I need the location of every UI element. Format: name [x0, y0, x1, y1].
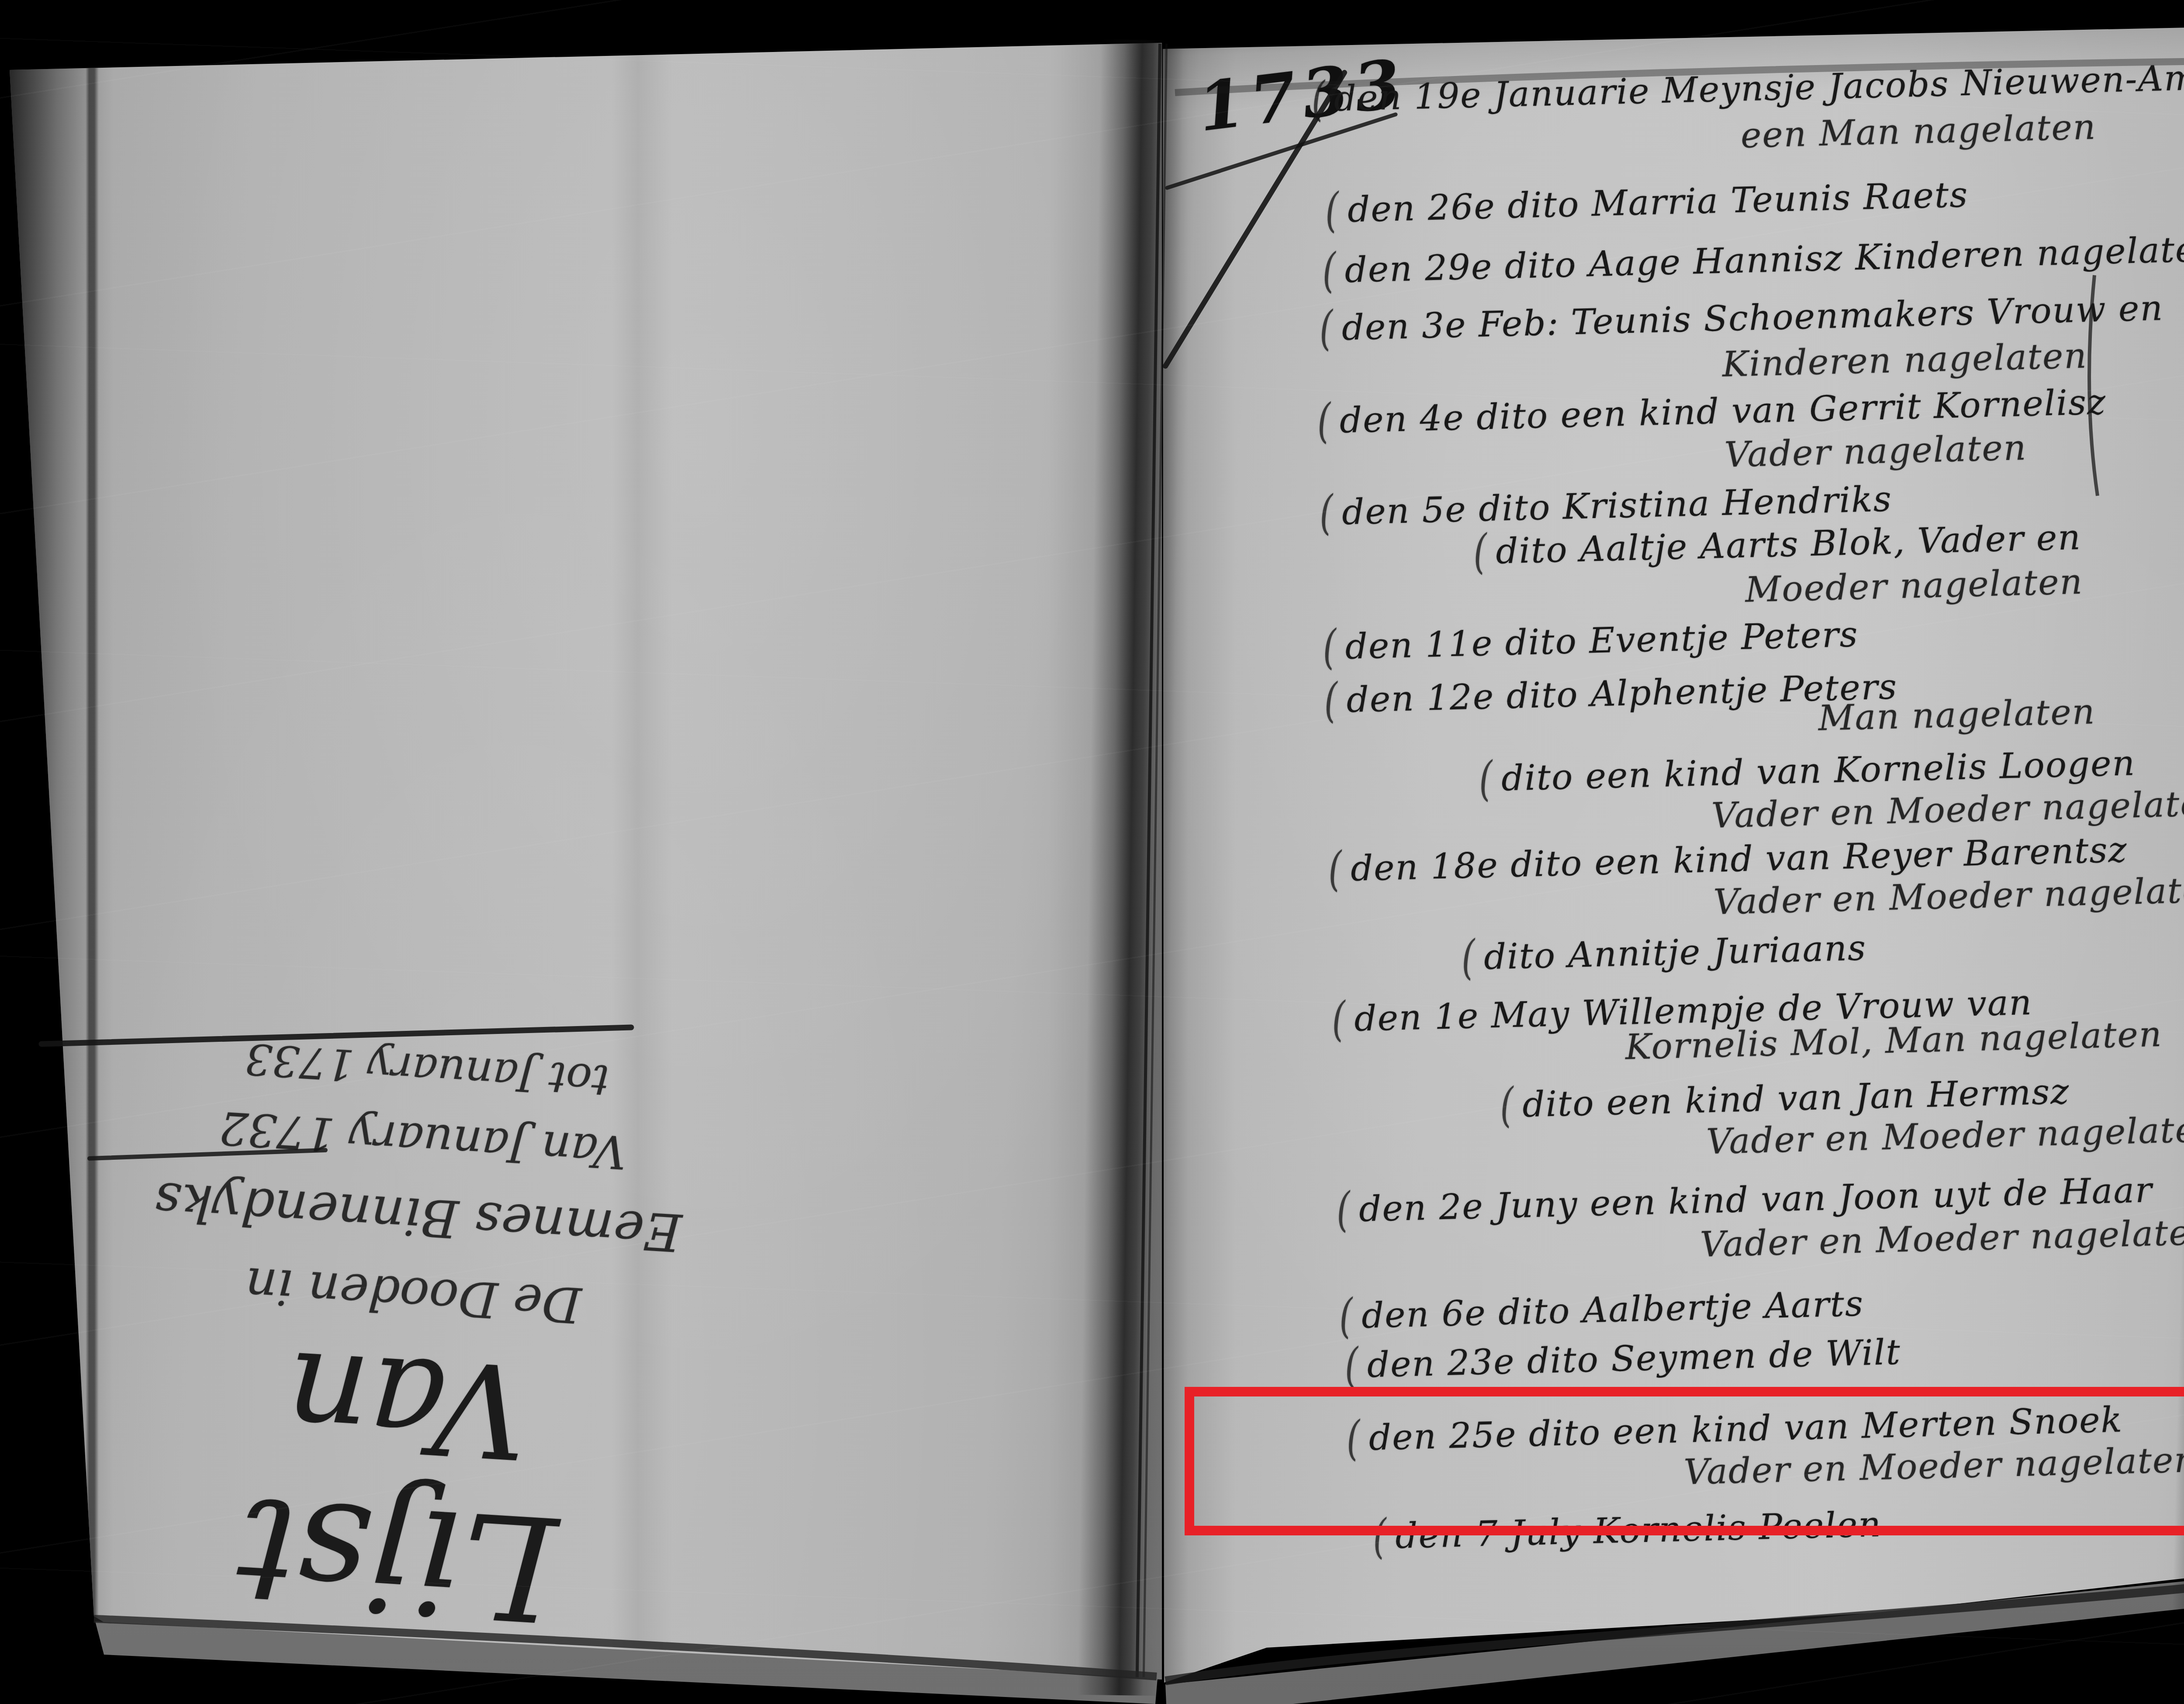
- annotation-highlight-box: [1185, 1387, 2184, 1535]
- archival-scan: Lijst Van De Dooden in Eemnes Binnendyks…: [0, 0, 2184, 1704]
